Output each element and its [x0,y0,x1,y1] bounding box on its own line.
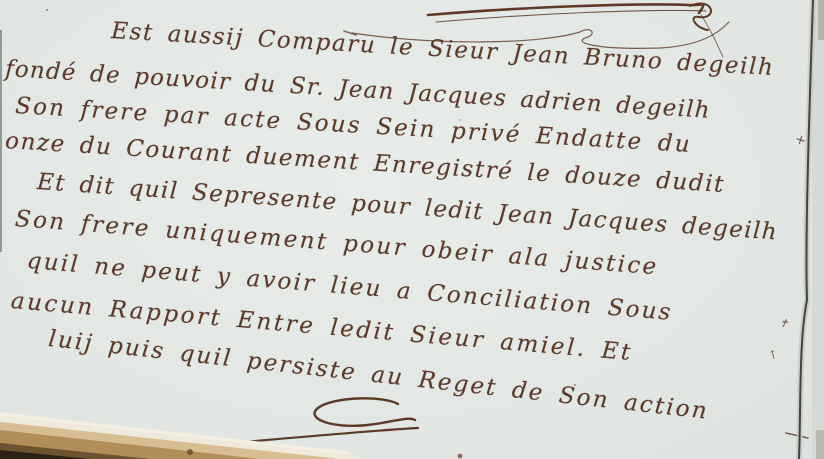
marginal-mark-icon: + [793,132,808,150]
marginal-mark-icon: ↑ [767,347,780,363]
manuscript-page: Est aussij Comparu le Sieur Jean Bruno d… [0,0,824,459]
bottom-left-corner-wedge [0,412,462,459]
marginal-mark-icon: ✝ [778,316,789,330]
right-page-edge [799,0,824,459]
